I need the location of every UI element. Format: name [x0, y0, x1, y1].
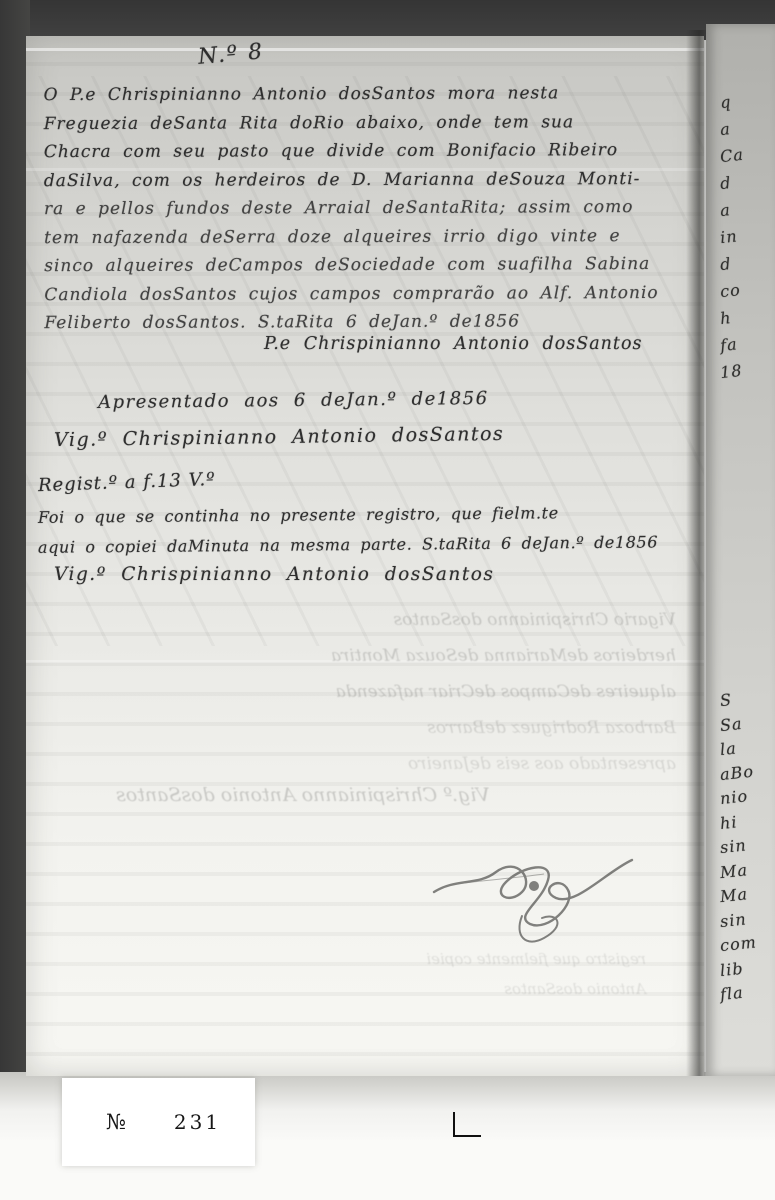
bleedthrough-line: Vigario Chrispinianno dosSantos	[126, 602, 676, 638]
bleedthrough-text-upper: Vigario Chrispinianno dosSantosherdeiros…	[56, 602, 676, 782]
manuscript-line: daSilva, com os herdeiros de D. Marianna…	[44, 164, 694, 195]
scan-streak	[26, 48, 704, 51]
bleedthrough-line: herdeiros deMarianna deSouza Montira	[81, 638, 676, 674]
adjacent-page-fragments-lower: SSalaaBoniohisinMaMasincomlibfla	[720, 686, 775, 1005]
bleedthrough-signature: Vig.º Chrispinianno Antonio dosSantos	[116, 784, 490, 806]
manuscript-line: ra e pellos fundos deste Arraial deSanta…	[44, 193, 694, 224]
manuscript-line: Candiola dosSantos cujos campos comprarã…	[44, 278, 694, 309]
manuscript-line: Chacra com seu pasto que divide com Boni…	[44, 136, 694, 167]
bleedthrough-line: Antonio dosSantos	[176, 974, 646, 1004]
ink-flourish-scribble	[426, 820, 666, 970]
adjacent-page-fragments-upper: qaCadaindcohfa18	[720, 86, 775, 383]
adjacent-page-edge: qaCadaindcohfa18 SSalaaBoniohisinMaMasin…	[706, 24, 775, 1076]
record-paragraph: O P.e Chrispinianno Antonio dosSantos mo…	[44, 79, 695, 338]
archive-number: 231	[174, 1110, 221, 1134]
presentation-note: Apresentado aos 6 deJan.º de1856	[98, 388, 489, 413]
numero-symbol: №	[106, 1110, 126, 1134]
manuscript-page: N.º 8 O P.e Chrispinianno Antonio dosSan…	[26, 36, 704, 1076]
word-fragment: 18	[719, 353, 775, 386]
manuscript-line: sinco alqueires deCampos deSociedade com…	[44, 250, 694, 281]
bleedthrough-line: apresentado aos seis deJaneiro	[96, 746, 676, 782]
manuscript-line: aqui o copiei daMinuta na mesma parte. S…	[38, 527, 688, 563]
closing-statement: Foi o que se continha no presente regist…	[38, 500, 688, 560]
closing-signature: Vig.º Chrispinianno Antonio dosSantos	[54, 564, 494, 585]
corner-crop-mark	[453, 1112, 481, 1137]
archive-number-label: № 231	[62, 1078, 255, 1166]
manuscript-line: Freguezia deSanta Rita doRio abaixo, ond…	[44, 107, 694, 138]
bleedthrough-line: alqueires deCampos deCriar nafazenda	[111, 674, 676, 710]
record-signature: P.e Chrispinianno Antonio dosSantos	[264, 334, 642, 354]
record-number: N.º 8	[197, 39, 265, 70]
word-fragment: fla	[719, 977, 775, 1008]
scanner-background-top	[0, 0, 775, 40]
bleedthrough-line: Barboza Rodriguez deBarros	[176, 710, 676, 746]
manuscript-line: tem nafazenda deSerra doze alqueires irr…	[44, 221, 694, 252]
manuscript-line: O P.e Chrispinianno Antonio dosSantos mo…	[44, 79, 694, 110]
